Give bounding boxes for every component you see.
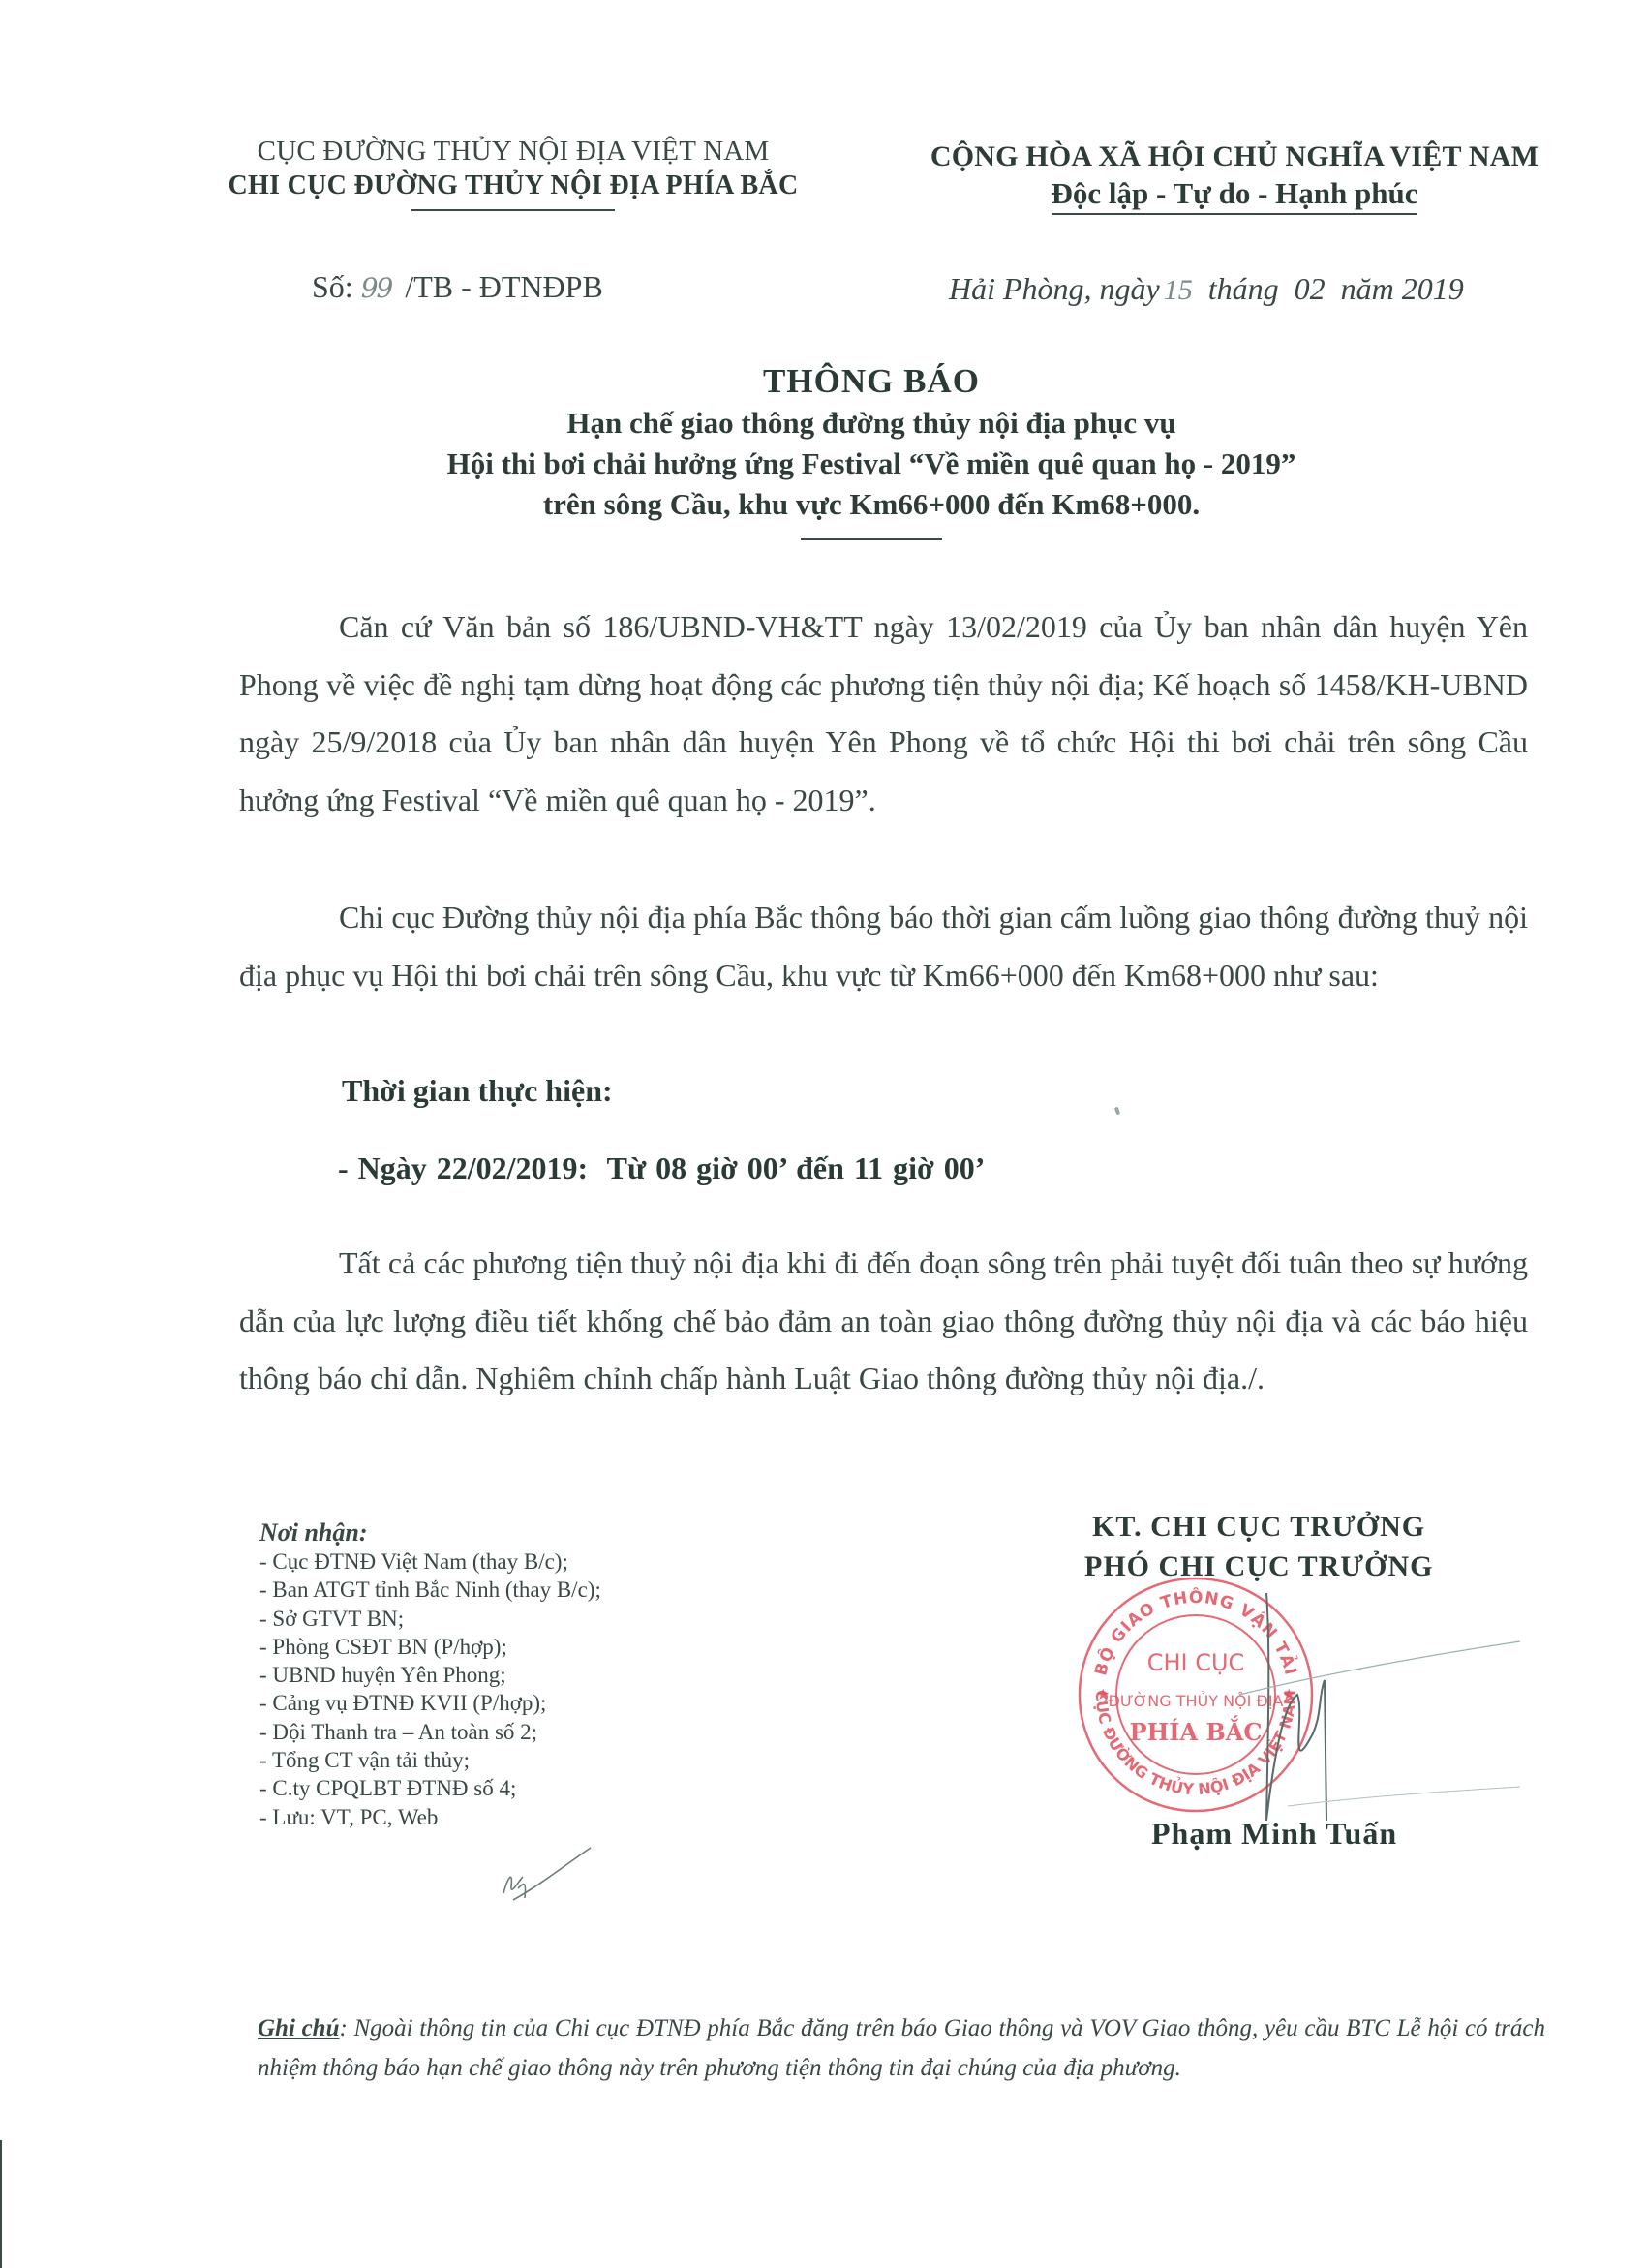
footnote-label: Ghi chú <box>258 2015 340 2041</box>
recipients-label: Nơi nhận: <box>259 1518 601 1548</box>
notice-title: THÔNG BÁO <box>242 360 1501 403</box>
recipients-list: - Cục ĐTNĐ Việt Nam (thay B/c); - Ban AT… <box>259 1548 601 1831</box>
paragraph-text: Chi cục Đường thủy nội địa phía Bắc thôn… <box>239 900 1528 993</box>
notice-title-block: THÔNG BÁO Hạn chế giao thông đường thủy … <box>242 360 1501 540</box>
scan-edge <box>0 2140 2 2268</box>
doc-number-suffix: /TB - ĐTNĐPB <box>405 269 602 304</box>
place-date-suffix: tháng 02 năm 2019 <box>1208 271 1464 306</box>
recipient-item: - Ban ATGT tỉnh Bắc Ninh (thay B/c); <box>259 1576 601 1604</box>
issuing-agency: CHI CỤC ĐƯỜNG THỦY NỘI ĐỊA PHÍA BẮC <box>145 169 881 203</box>
recipient-item: - Đội Thanh tra – An toàn số 2; <box>259 1718 601 1746</box>
scan-speck <box>1114 1107 1120 1116</box>
place-date-prefix: Hải Phòng, ngày <box>949 271 1160 306</box>
recipient-item: - Lưu: VT, PC, Web <box>259 1803 601 1831</box>
document-page: CỤC ĐƯỜNG THỦY NỘI ĐỊA VIỆT NAM CHI CỤC … <box>0 0 1646 2268</box>
parent-agency: CỤC ĐƯỜNG THỦY NỘI ĐỊA VIỆT NAM <box>145 134 881 169</box>
paragraph-text: Tất cả các phương tiện thuỷ nội địa khi … <box>239 1245 1528 1395</box>
issuing-agency-header: CỤC ĐƯỜNG THỦY NỘI ĐỊA VIỆT NAM CHI CỤC … <box>145 134 881 211</box>
footnote-text: : Ngoài thông tin của Chi cục ĐTNĐ phía … <box>258 2015 1545 2081</box>
recipient-item: - Tổng CT vận tải thủy; <box>259 1746 601 1774</box>
schedule-label: Thời gian thực hiện: <box>342 1073 613 1109</box>
place-and-date: Hải Phòng, ngày15tháng 02 năm 2019 <box>949 271 1464 307</box>
handwritten-initials-icon <box>484 1840 600 1908</box>
national-title: CỘNG HÒA XÃ HỘI CHỦ NGHĨA VIỆT NAM <box>876 138 1593 175</box>
recipient-item: - Sở GTVT BN; <box>259 1605 601 1633</box>
document-number: Số:99/TB - ĐTNĐPB <box>312 269 603 305</box>
recipients-block: Nơi nhận: - Cục ĐTNĐ Việt Nam (thay B/c)… <box>259 1518 601 1831</box>
notice-subtitle-line: Hạn chế giao thông đường thủy nội địa ph… <box>242 403 1501 444</box>
national-motto: Độc lập - Tự do - Hạnh phúc <box>1052 175 1418 215</box>
recipient-item: - Phòng CSĐT BN (P/hợp); <box>259 1633 601 1661</box>
schedule-item: - Ngày 22/02/2019: Từ 08 giờ 00’ đến 11 … <box>338 1150 985 1186</box>
signer-role-line-1: KT. CHI CỤC TRƯỞNG <box>1092 1511 1425 1544</box>
footnote: Ghi chú: Ngoài thông tin của Chi cục ĐTN… <box>258 2008 1545 2088</box>
handwritten-day: 15 <box>1164 274 1193 306</box>
notice-subtitle-line: Hội thi bơi chải hưởng ứng Festival “Về … <box>242 444 1501 484</box>
header-rule-left <box>411 209 615 211</box>
recipient-item: - UBND huyện Yên Phong; <box>259 1661 601 1689</box>
recipient-item: - Cảng vụ ĐTNĐ KVII (P/hợp); <box>259 1689 601 1717</box>
notice-subtitle-line: trên sông Cầu, khu vực Km66+000 đến Km68… <box>242 484 1501 525</box>
doc-number-prefix: Số: <box>312 269 353 304</box>
paragraph-text: Căn cứ Văn bản số 186/UBND-VH&TT ngày 13… <box>239 609 1528 817</box>
recipient-item: - C.ty CPQLBT ĐTNĐ số 4; <box>259 1774 601 1802</box>
signer-name: Phạm Minh Tuấn <box>1151 1816 1397 1852</box>
compliance-paragraph: Tất cả các phương tiện thuỷ nội địa khi … <box>239 1235 1528 1408</box>
doc-number-handwritten: 99 <box>361 272 392 304</box>
national-header: CỘNG HÒA XÃ HỘI CHỦ NGHĨA VIỆT NAM Độc l… <box>876 138 1593 215</box>
handwritten-signature-icon <box>1230 1588 1520 1850</box>
title-rule <box>801 538 942 540</box>
announcement-paragraph: Chi cục Đường thủy nội địa phía Bắc thôn… <box>239 889 1528 1004</box>
recipient-item: - Cục ĐTNĐ Việt Nam (thay B/c); <box>259 1548 601 1576</box>
legal-basis-paragraph: Căn cứ Văn bản số 186/UBND-VH&TT ngày 13… <box>239 598 1528 829</box>
